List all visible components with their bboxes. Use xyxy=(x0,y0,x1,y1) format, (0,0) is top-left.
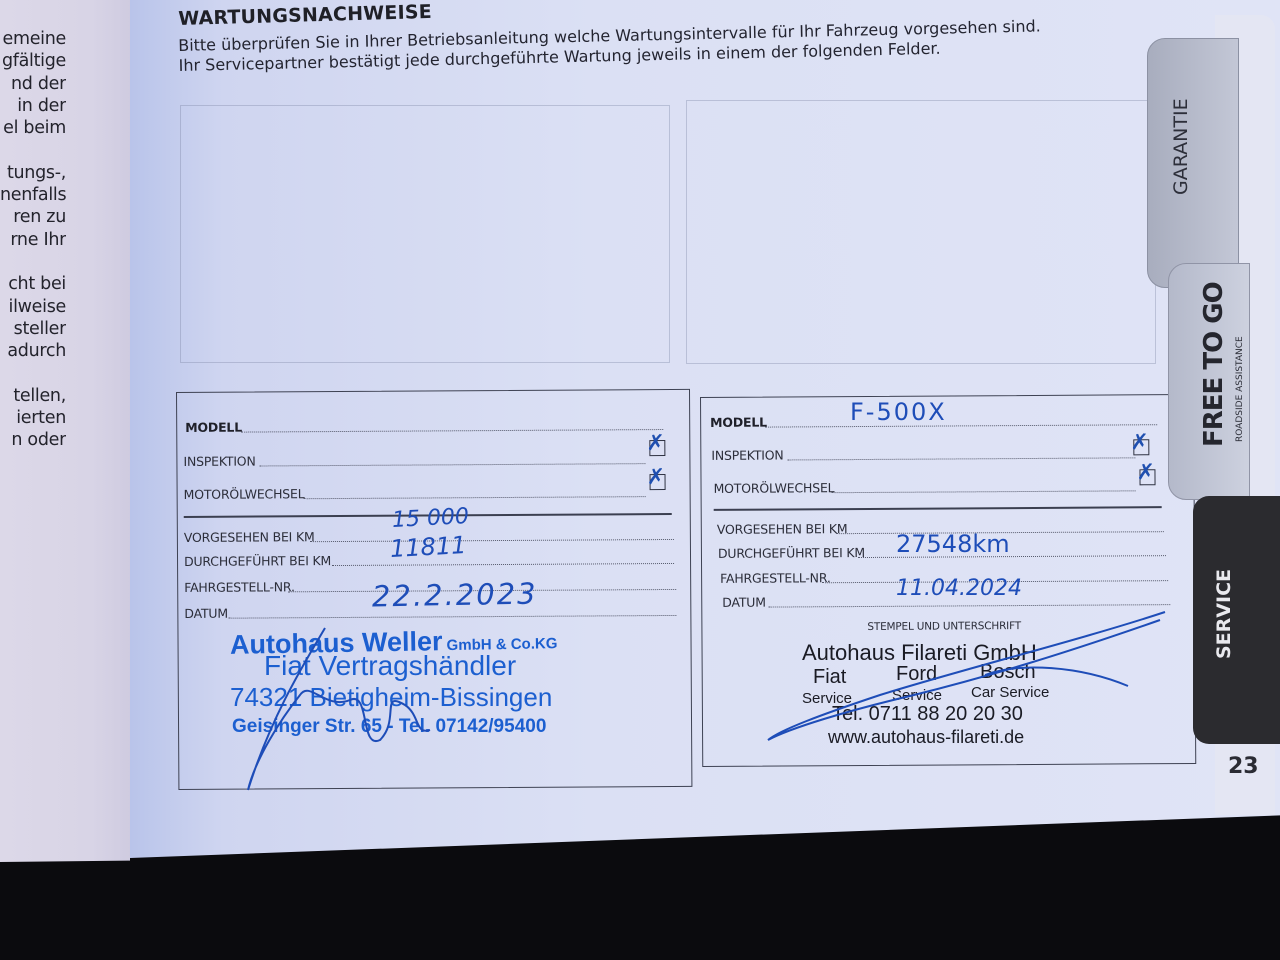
previous-page-line: nenfalls xyxy=(0,184,66,206)
previous-page-line: tellen, xyxy=(0,385,66,407)
fahrgestell-row: FAHRGESTELL-NR. xyxy=(702,568,1194,571)
inspektion-checkbox[interactable]: ✗ xyxy=(649,440,665,456)
inspektion-row: INSPEKTION xyxy=(177,451,689,454)
modell-row: MODELL xyxy=(177,417,689,420)
signature-1 xyxy=(230,610,530,800)
form-divider xyxy=(714,506,1162,511)
tab-free-to-go[interactable]: FREE TO GO ROADSIDE ASSISTANCE xyxy=(1168,263,1250,500)
signature-2 xyxy=(760,600,1180,750)
modell-label: MODELL xyxy=(185,420,242,435)
previous-page-text: emeinegfältigend derin derel beim tungs-… xyxy=(0,28,66,452)
previous-page-line xyxy=(0,362,66,384)
durchgefuehrt-km-value-1[interactable]: 11811 xyxy=(389,531,467,563)
motoroelwechsel-label: MOTORÖLWECHSEL xyxy=(184,486,305,502)
tab-service[interactable]: SERVICE xyxy=(1193,496,1280,744)
tab-free-to-go-sublabel: ROADSIDE ASSISTANCE xyxy=(1235,336,1245,442)
inspektion-label: INSPEKTION xyxy=(711,447,783,462)
previous-page-line xyxy=(0,139,66,161)
tab-service-label: SERVICE xyxy=(1213,569,1235,659)
previous-page-line: ilweise xyxy=(0,296,66,318)
motoroelwechsel-checkbox[interactable]: ✗ xyxy=(1139,469,1155,485)
fahrgestell-nr-label: FAHRGESTELL-NR. xyxy=(720,570,831,586)
previous-page-line: gfältige xyxy=(0,50,66,72)
vorgesehen-km-label: VORGESEHEN BEI KM xyxy=(184,529,315,545)
vorgesehen-row: VORGESEHEN BEI KM xyxy=(702,519,1194,522)
durchgefuehrt-km-label: DURCHGEFÜHRT BEI KM xyxy=(718,545,865,561)
bleed-through-box-right xyxy=(686,100,1156,364)
vorgesehen-km-label: VORGESEHEN BEI KM xyxy=(717,521,848,537)
previous-page-line: ren zu xyxy=(0,206,66,228)
motoroelwechsel-row: MOTORÖLWECHSEL xyxy=(178,484,690,487)
modell-row: MODELL xyxy=(701,412,1193,415)
tab-free-to-go-label: FREE TO GO xyxy=(1199,282,1229,447)
motoroelwechsel-label: MOTORÖLWECHSEL xyxy=(714,480,835,496)
inspektion-checkbox[interactable]: ✗ xyxy=(1133,439,1149,455)
modell-value-2[interactable]: F-500X xyxy=(850,398,947,426)
fahrgestell-nr-label: FAHRGESTELL-NR. xyxy=(184,579,295,595)
motoroelwechsel-checkbox[interactable]: ✗ xyxy=(650,474,666,490)
previous-page-line: rne Ihr xyxy=(0,229,66,251)
modell-label: MODELL xyxy=(710,415,767,430)
vorgesehen-km-value-1[interactable]: 15 000 xyxy=(391,504,469,533)
tab-garantie-label: GARANTIE xyxy=(1170,98,1192,195)
previous-page-line: n oder xyxy=(0,429,66,451)
previous-page-line: steller xyxy=(0,318,66,340)
previous-page-line: tungs-, xyxy=(0,162,66,184)
inspektion-label: INSPEKTION xyxy=(183,454,255,469)
previous-page-line: emeine xyxy=(0,28,66,50)
previous-page-line: ierten xyxy=(0,407,66,429)
durchgefuehrt-km-value-2[interactable]: 27548km xyxy=(896,530,1010,558)
previous-page-line: el beim xyxy=(0,117,66,139)
tab-garantie[interactable]: GARANTIE xyxy=(1147,38,1239,288)
bleed-through-box-left xyxy=(180,105,670,363)
previous-page-line: cht bei xyxy=(0,273,66,295)
durchgefuehrt-km-label: DURCHGEFÜHRT BEI KM xyxy=(184,553,331,569)
datum-label: DATUM xyxy=(184,606,228,621)
previous-page-line: in der xyxy=(0,95,66,117)
previous-page-line: nd der xyxy=(0,73,66,95)
previous-page-line xyxy=(0,251,66,273)
inspektion-row: INSPEKTION xyxy=(701,445,1193,448)
page-number: 23 xyxy=(1228,754,1259,779)
datum-value-2[interactable]: 11.04.2024 xyxy=(896,576,1022,601)
datum-value-1[interactable]: 22.2.2023 xyxy=(372,577,538,614)
motoroelwechsel-row: MOTORÖLWECHSEL xyxy=(702,478,1194,481)
previous-page-line: adurch xyxy=(0,340,66,362)
